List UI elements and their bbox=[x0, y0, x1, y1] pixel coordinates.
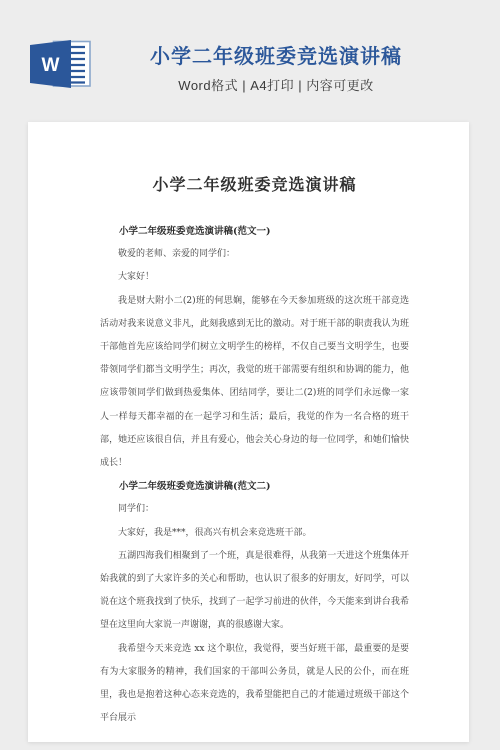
section-2-heading: 小学二年级班委竞选演讲稿(范文二) bbox=[100, 475, 409, 498]
paragraph: 大家好！ bbox=[100, 266, 409, 289]
paragraph: 同学们： bbox=[100, 498, 409, 521]
section-1-heading: 小学二年级班委竞选演讲稿(范文一) bbox=[100, 220, 409, 243]
page-canvas: W 小学二年级班委竞选演讲稿 Word格式 | A4打印 | 内容可更改 小学二… bbox=[0, 0, 500, 750]
document-page: 小学二年级班委竞选演讲稿 小学二年级班委竞选演讲稿(范文一) 敬爱的老师、亲爱的… bbox=[28, 122, 469, 742]
paragraph: 大家好，我是***，很高兴有机会来竞选班干部。 bbox=[100, 522, 409, 545]
paragraph: 五湖四海我们相聚到了一个班，真是很难得，从我第一天进这个班集体开始我就的到了大家… bbox=[100, 545, 409, 638]
paragraph: 我希望今天来竞选 xx 这个职位，我觉得，要当好班干部，最重要的是要有为大家服务… bbox=[100, 638, 409, 731]
template-title: 小学二年级班委竞选演讲稿 bbox=[52, 43, 500, 71]
document-title: 小学二年级班委竞选演讲稿 bbox=[100, 172, 409, 198]
paragraph: 敬爱的老师、亲爱的同学们： bbox=[100, 243, 409, 266]
template-subtitle: Word格式 | A4打印 | 内容可更改 bbox=[52, 77, 500, 95]
paragraph: 我是财大附小二(2)班的何思娴，能够在今天参加班级的这次班干部竞选活动对我来说意… bbox=[100, 290, 409, 476]
